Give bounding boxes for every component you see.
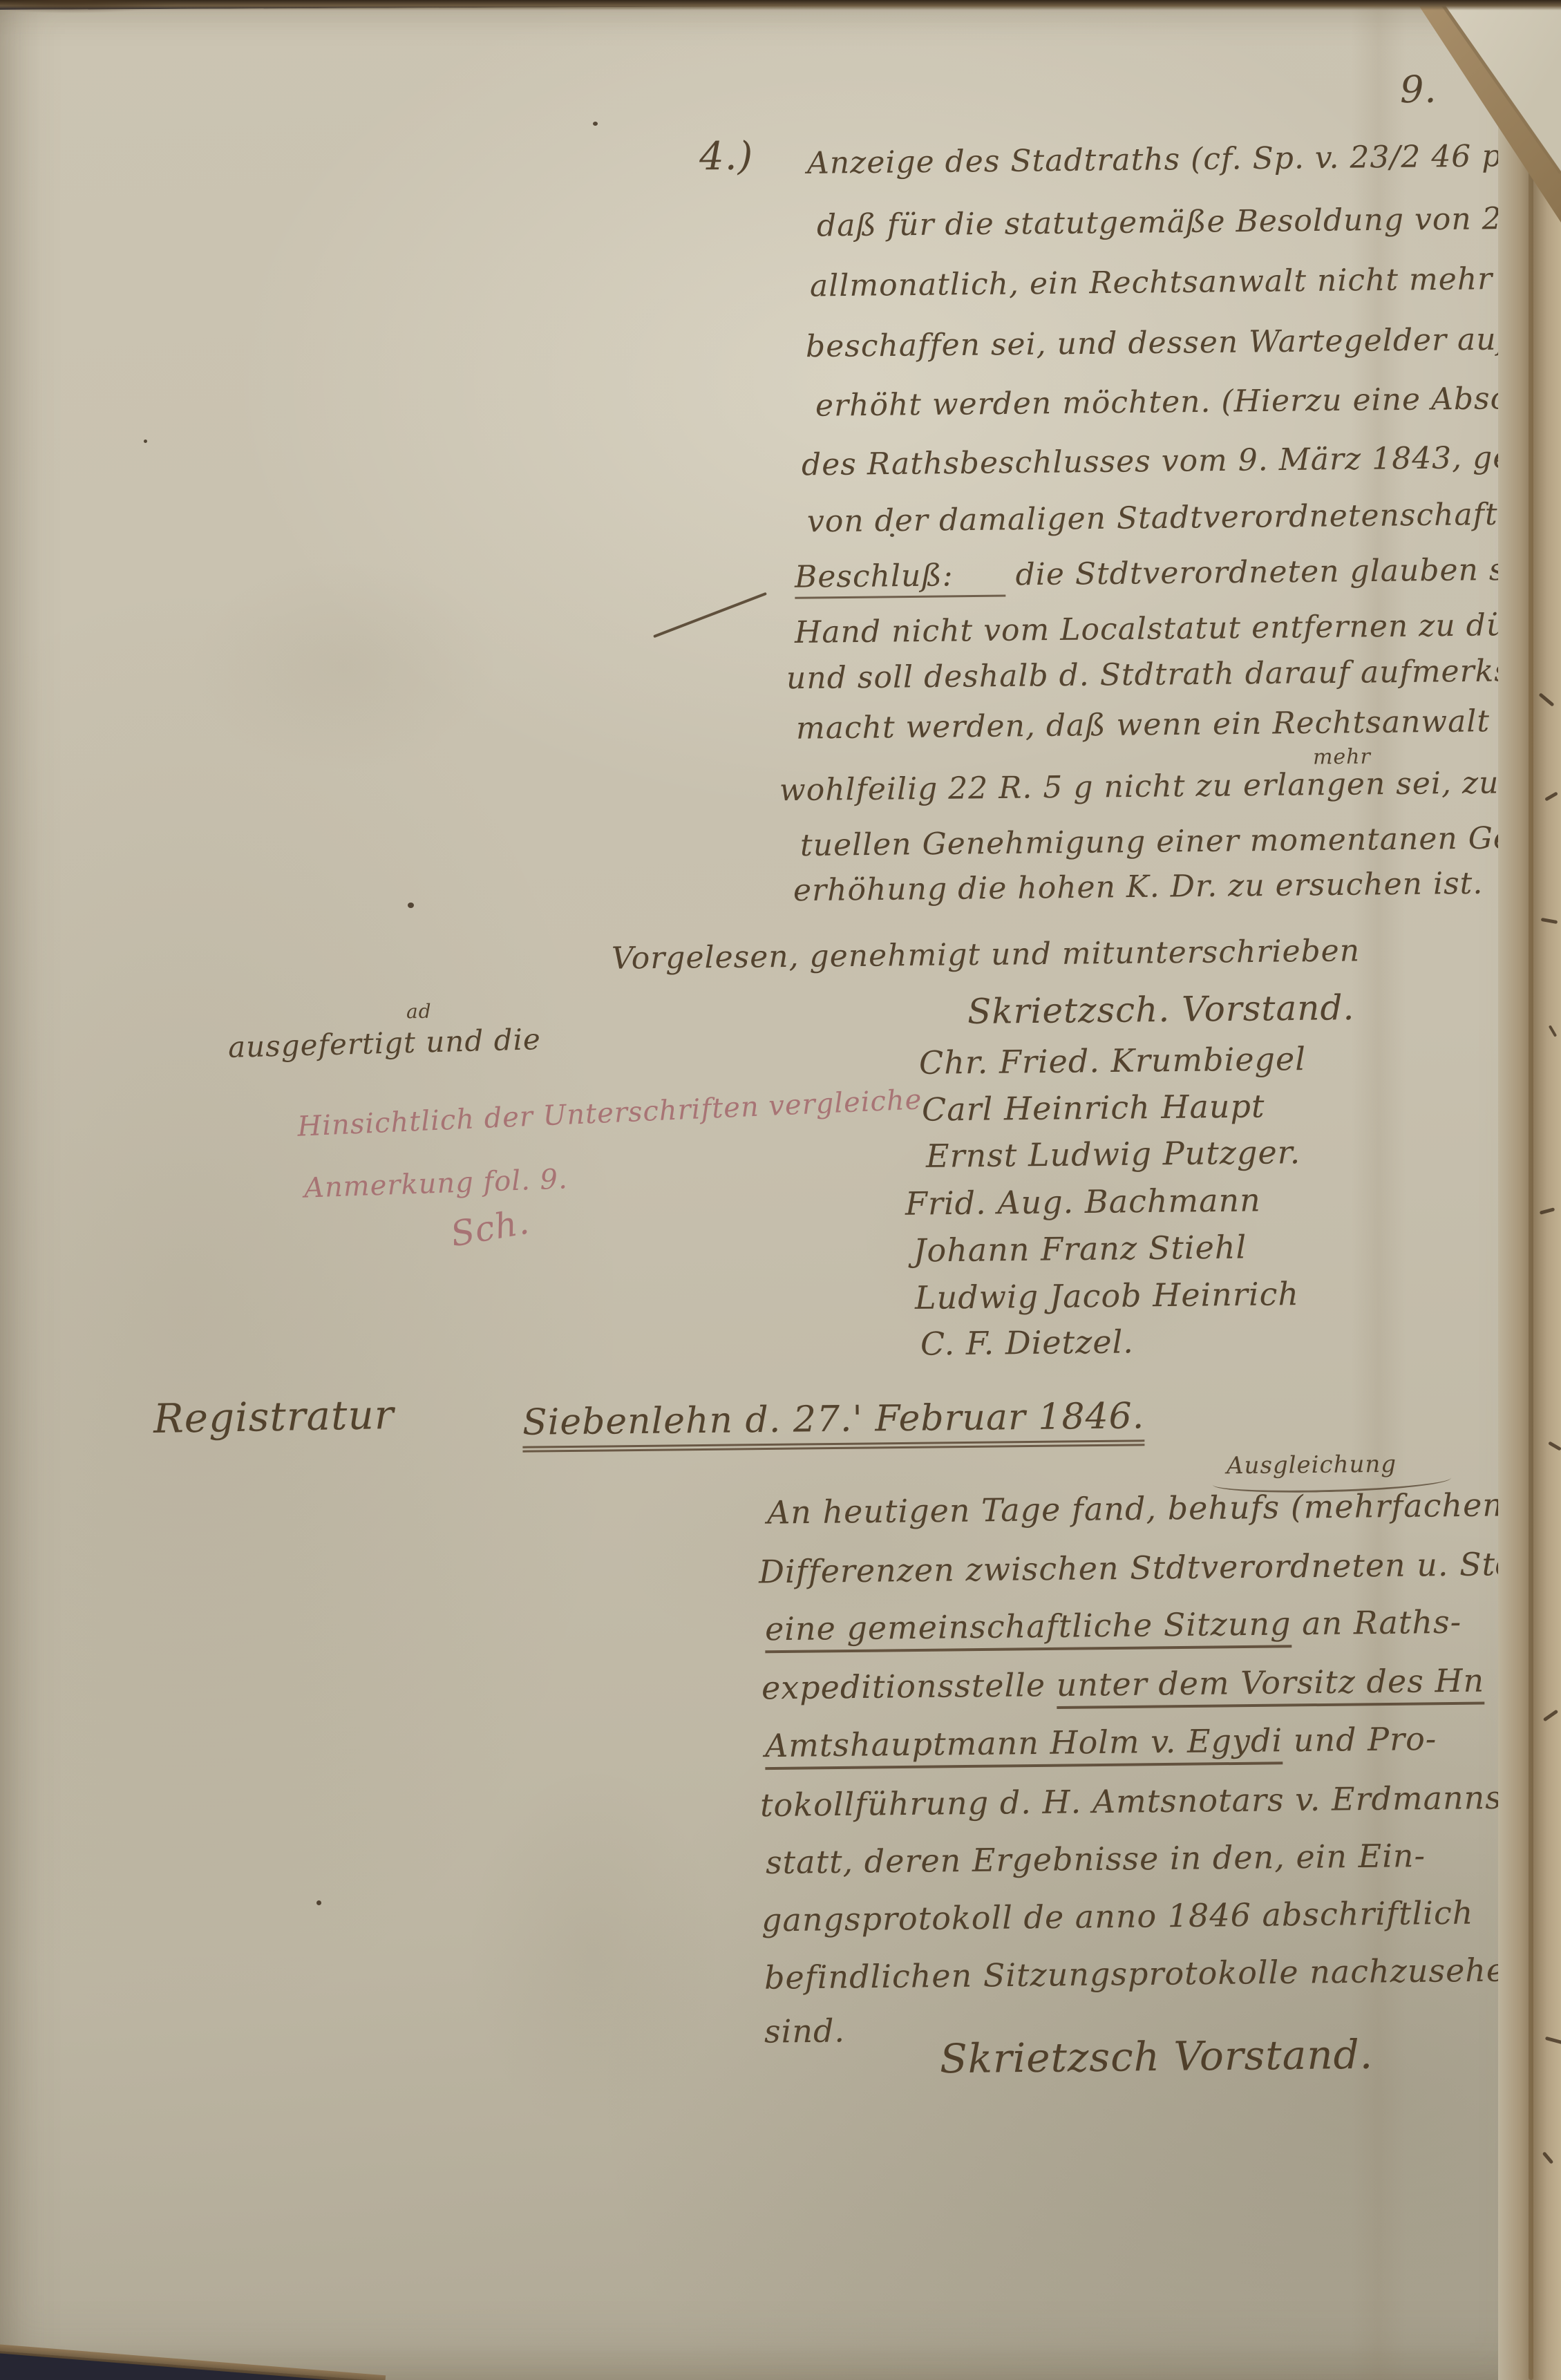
ink-speck bbox=[316, 1900, 321, 1905]
page-edge-seam bbox=[1529, 0, 1533, 2380]
session-line: befindlichen Sitzungsprotokolle nachzuse… bbox=[764, 1951, 1527, 1996]
session-line: sind. bbox=[764, 2012, 846, 2050]
signature-line: Chr. Fried. Krumbiegel bbox=[919, 1040, 1306, 1082]
signature-line: Johann Franz Stiehl bbox=[914, 1228, 1247, 1269]
session-underlined-phrase: Amtshauptmann Holm v. Egydi bbox=[765, 1721, 1283, 1770]
registratur-date-text: Siebenlehn d. 27.' Februar 1846. bbox=[522, 1395, 1145, 1452]
signature-line: C. F. Dietzel. bbox=[920, 1323, 1134, 1362]
registratur-label: Registratur bbox=[153, 1391, 395, 1442]
beschluss-text: die Stdtverordneten glauben sich vor der bbox=[1005, 550, 1561, 592]
session-line: Amtshauptmann Holm v. Egydi und Pro- bbox=[765, 1720, 1437, 1764]
session-line: eine gemeinschaftliche Sitzung an Raths- bbox=[765, 1603, 1462, 1648]
session-underlined-phrase: unter dem Vorsitz des Hn bbox=[1056, 1662, 1484, 1709]
signature-line: Ernst Ludwig Putzger. bbox=[926, 1133, 1301, 1175]
entry-4-line: von der damaligen Stadtverordnetenschaft… bbox=[807, 497, 1521, 540]
scanned-manuscript-page: 9. 4.) Anzeige des Stadtraths (cf. Sp. v… bbox=[0, 0, 1561, 2380]
session-line-rest: an Raths- bbox=[1291, 1603, 1461, 1643]
ink-speck bbox=[408, 903, 414, 908]
signature-line: Carl Heinrich Haupt bbox=[922, 1087, 1265, 1128]
session-line: expeditionsstelle unter dem Vorsitz des … bbox=[761, 1662, 1485, 1707]
margin-note-superscript: ad bbox=[406, 1000, 432, 1023]
entry-4-marker: 4.) bbox=[699, 134, 754, 180]
session-line: gangsprotokoll de anno 1846 abschriftlic… bbox=[761, 1894, 1474, 1939]
ink-speck bbox=[593, 122, 598, 126]
session-line-rest: und Pro- bbox=[1283, 1720, 1437, 1759]
ink-speck bbox=[144, 440, 147, 443]
session-line: statt, deren Ergebnisse in den, ein Ein- bbox=[766, 1837, 1426, 1881]
superscript-insertion: mehr bbox=[1313, 745, 1371, 770]
session-underlined-phrase: eine gemeinschaftliche Sitzung bbox=[765, 1605, 1292, 1653]
session-line-start: expeditionsstelle bbox=[761, 1666, 1057, 1706]
binding-shadow-corner bbox=[0, 0, 235, 17]
session-line: An heutigen Tage fand, behufs (mehrfache… bbox=[767, 1486, 1504, 1531]
beschluss-label: Beschluß: bbox=[795, 558, 1005, 599]
page-number: 9. bbox=[1400, 68, 1437, 112]
entry-4-line: erhöhung die hohen K. Dr. zu ersuchen is… bbox=[793, 866, 1484, 908]
ink-speck bbox=[890, 533, 894, 537]
signature-line: Skrietzsch. Vorstand. bbox=[967, 988, 1355, 1032]
registratur-date: Siebenlehn d. 27.' Februar 1846. bbox=[522, 1395, 1145, 1443]
session-signature: Skrietzsch Vorstand. bbox=[940, 2031, 1374, 2083]
signature-line: Ludwig Jacob Heinrich bbox=[915, 1275, 1299, 1316]
signature-line: Frid. Aug. Bachmann bbox=[905, 1181, 1261, 1222]
